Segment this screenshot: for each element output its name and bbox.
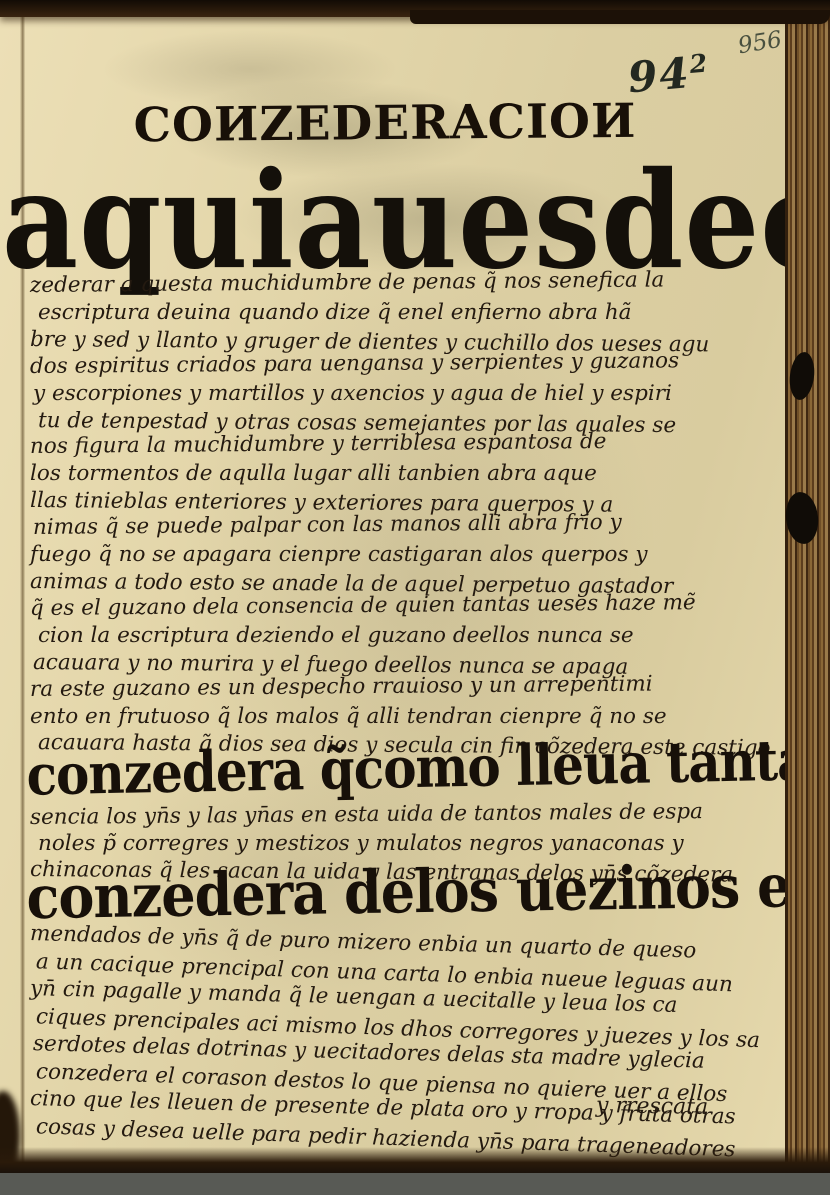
manuscript-line: y escorpiones y martillos y axencios y a… <box>30 381 740 408</box>
manuscript-line: zederar a questa muchidumbre de penas q̃… <box>30 267 740 300</box>
manuscript-line: sencia los yn̄s y las yn̄as en esta uida… <box>30 799 740 831</box>
manuscript-line: ra este guzano es un despecho rrauioso y… <box>30 670 740 703</box>
book-cover-top-edge-shadow <box>410 10 830 24</box>
manuscript-line: dos espiritus criados para uengansa y se… <box>30 348 740 381</box>
folio-number-superscript: 2 <box>688 49 708 79</box>
manuscript-line: fuego q̃ no se apagara cienpre castigara… <box>30 542 740 569</box>
manuscript-scan: 956 942 COИZEDERACIOИ aquiauesdecõ zeder… <box>0 0 830 1195</box>
manuscript-line: nimas q̃ se puede palpar con las manos a… <box>30 509 740 542</box>
catchword: y rrescata <box>596 1093 709 1120</box>
scan-background-strip <box>0 1173 830 1195</box>
manuscript-line: cion la escriptura deziendo el guzano de… <box>30 623 740 650</box>
body-text-block-1: zederar a questa muchidumbre de penas q̃… <box>30 273 740 757</box>
book-cover-bottom-edge <box>0 1147 830 1175</box>
manuscript-line: q̃ es el guzano dela consencia de quien … <box>30 590 740 623</box>
parchment-page: 956 942 COИZEDERACIOИ aquiauesdecõ zeder… <box>0 14 794 1166</box>
manuscript-line: escriptura deuina quando dize q̃ enel en… <box>30 300 740 327</box>
book-fore-edge <box>785 8 830 1168</box>
manuscript-line: los tormentos de aqulla lugar alli tanbi… <box>30 461 740 488</box>
manuscript-line: ento en frutuoso q̃ los malos q̃ alli te… <box>30 704 740 731</box>
manuscript-line: nos figura la muchidumbre y terriblesa e… <box>30 428 740 461</box>
pencil-foliation-number: 956 <box>736 27 783 60</box>
